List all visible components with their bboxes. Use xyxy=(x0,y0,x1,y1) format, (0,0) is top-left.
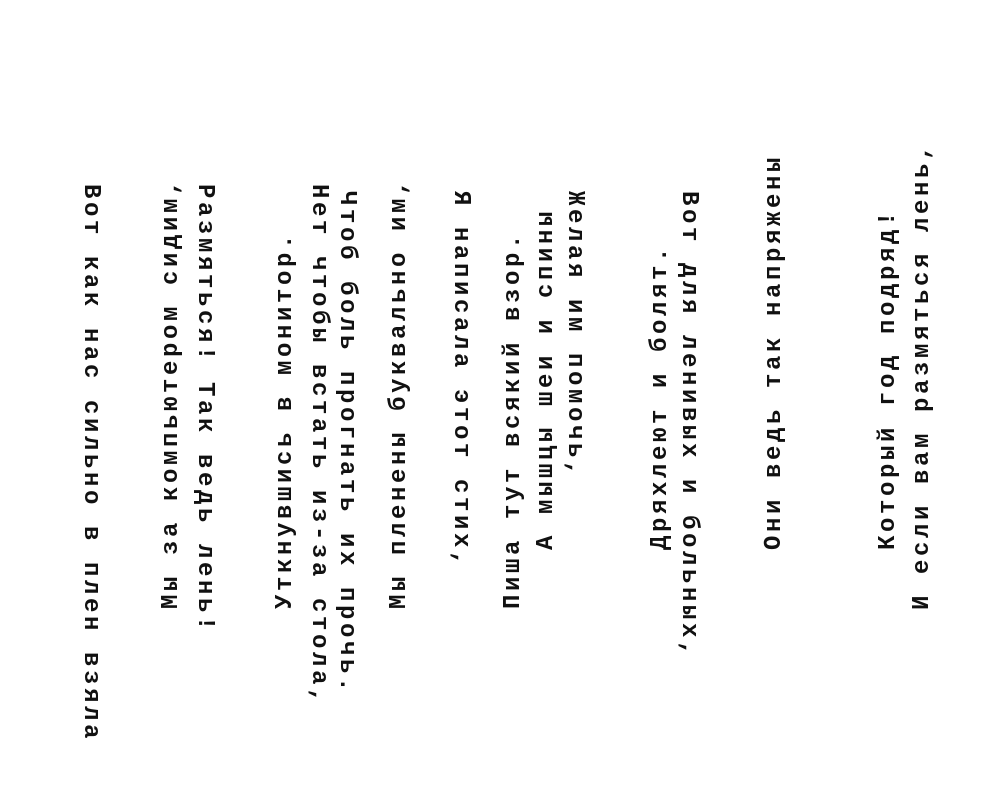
poem-line: Вот как нас сильно в плен взяла xyxy=(71,184,109,742)
document-page: Мы за компьютером сидим, Уткнувшись в мо… xyxy=(0,0,1000,800)
stanza-4: Вот для ленивых и больных, Желая им помо… xyxy=(251,191,783,695)
poem-line: Вот для ленивых и больных, xyxy=(669,191,707,695)
poem-line: И если вам размяться лень, xyxy=(904,142,942,610)
poem-line: Желая им помочь, xyxy=(555,191,593,695)
poem-line: Чтоб боль прогнать их прочь. xyxy=(327,191,365,695)
poem-line: Размяться! Так ведь лень! xyxy=(185,184,223,742)
poem-line: Я написала этот стих, xyxy=(441,191,479,695)
stanza-5: И если вам размяться лень, А боль скрути… xyxy=(828,142,1000,610)
